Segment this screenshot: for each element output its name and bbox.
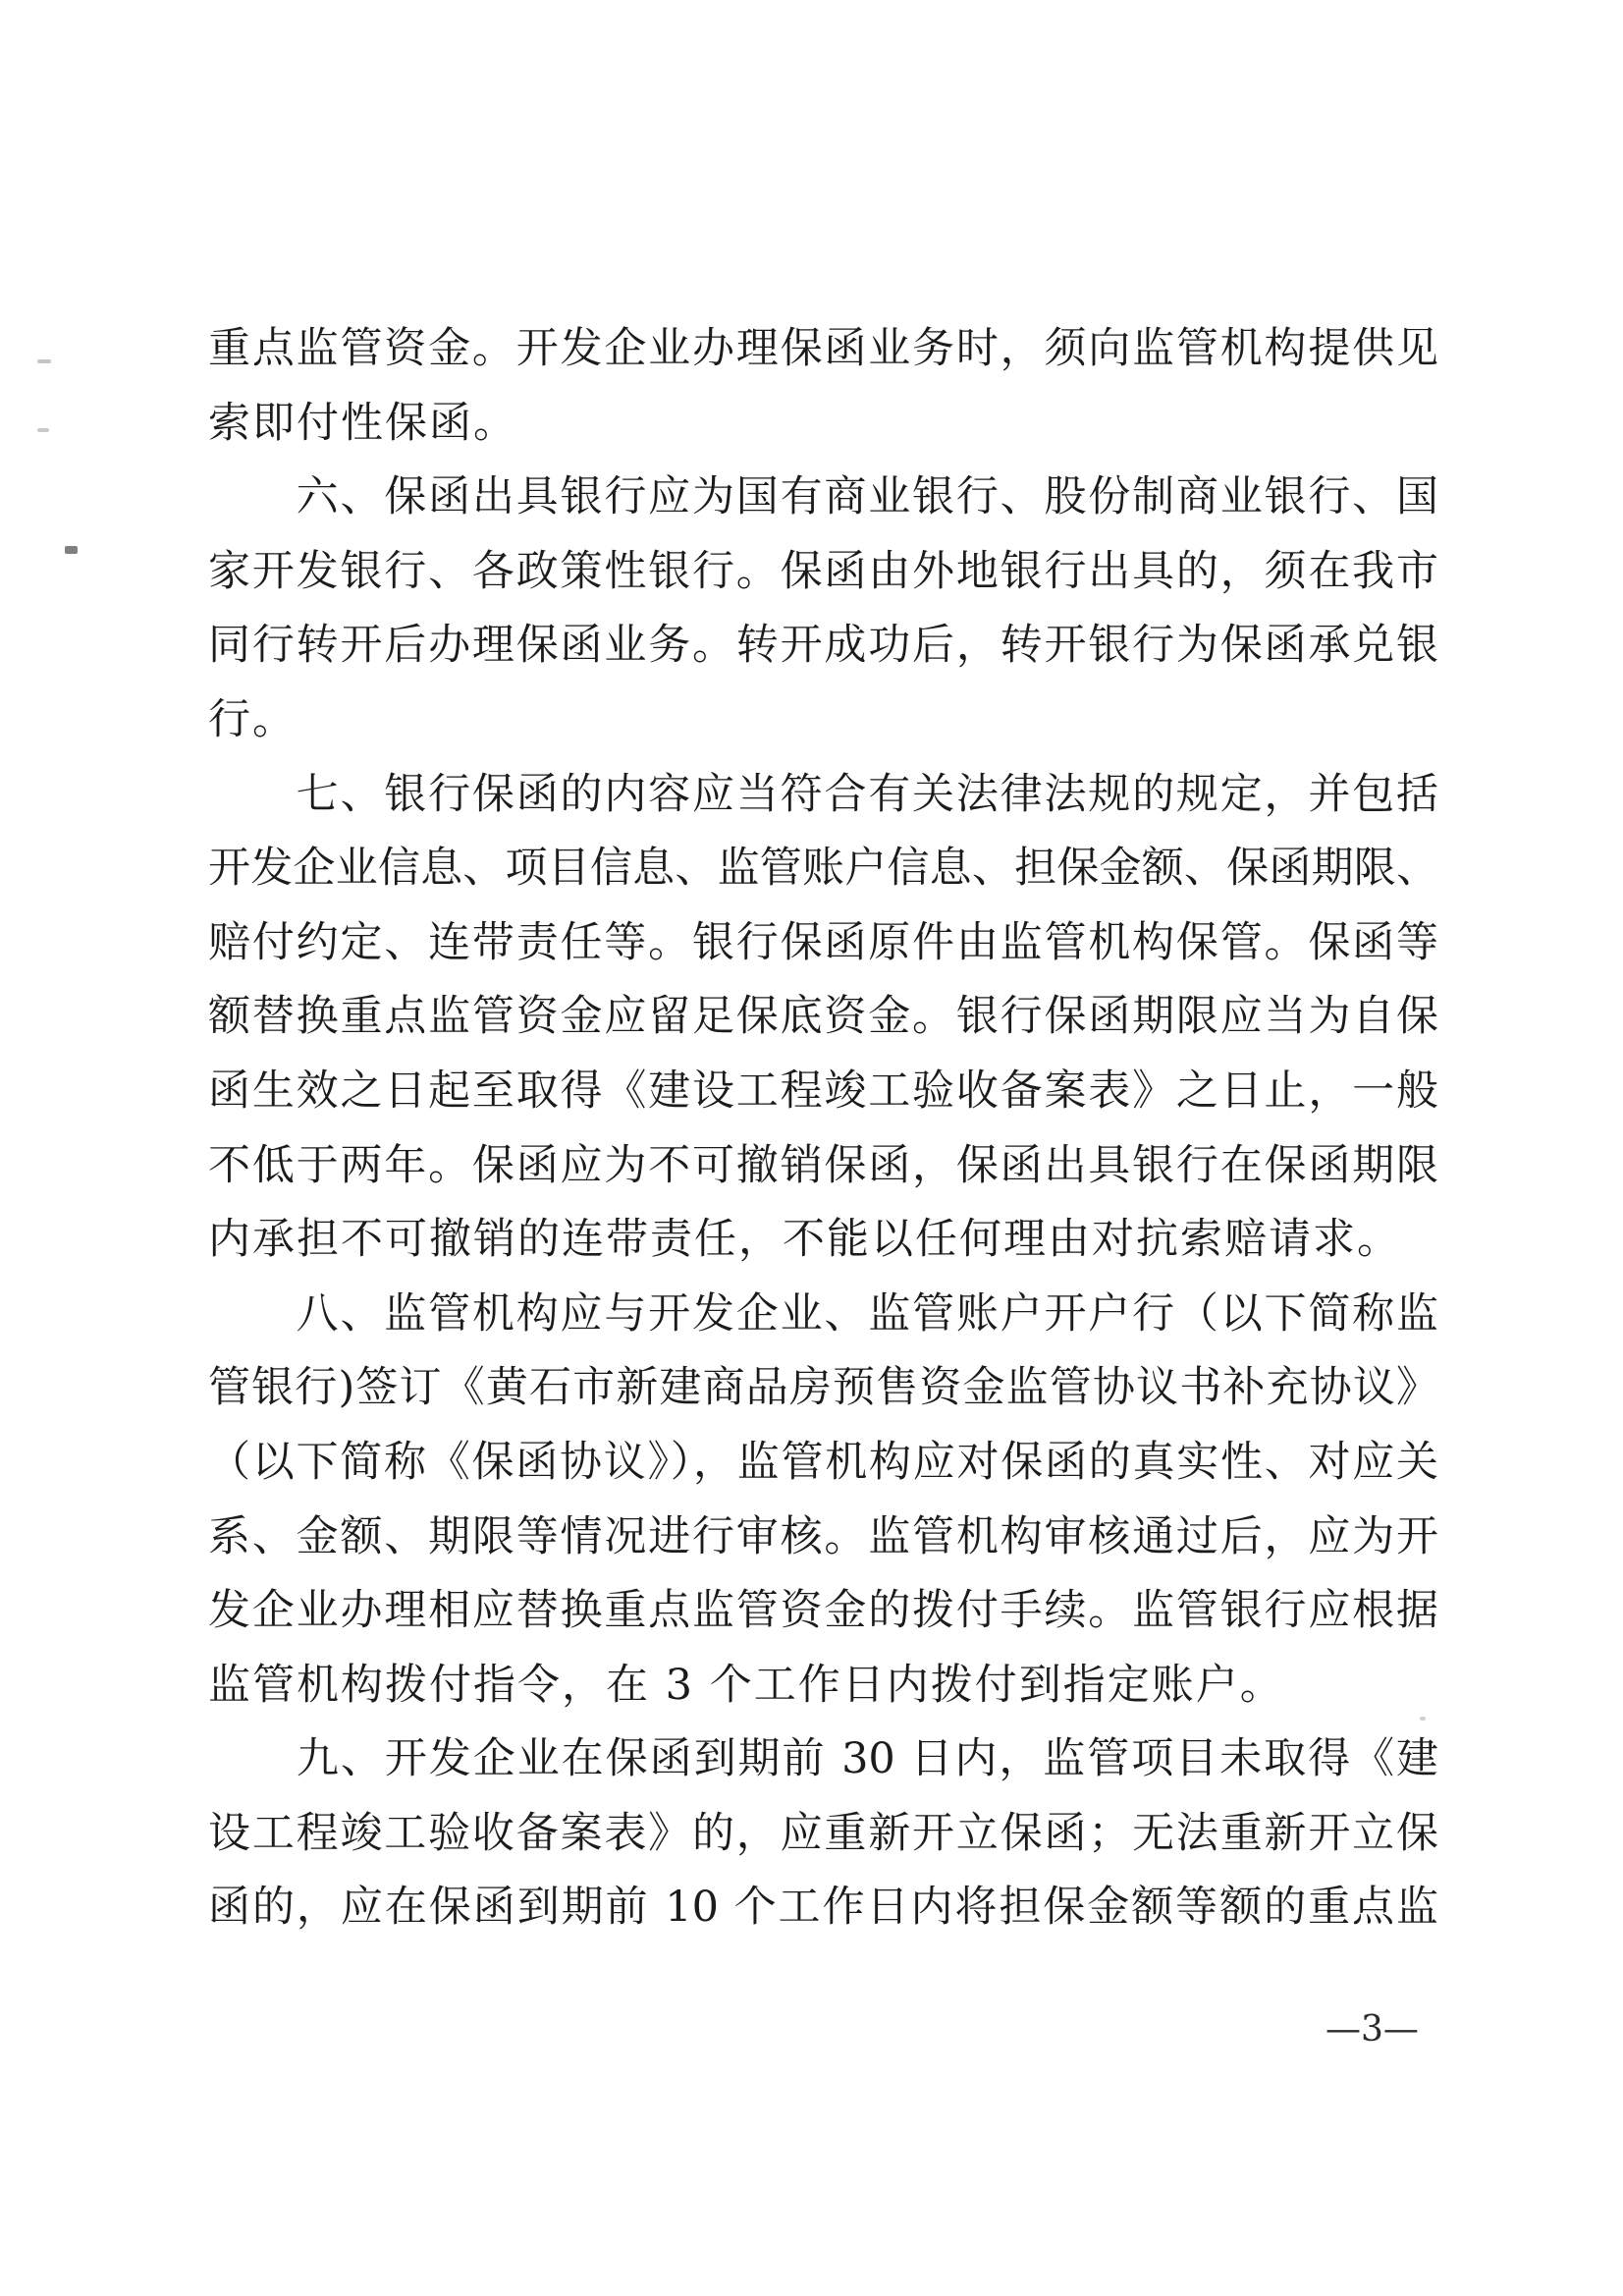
- text-line: 行。: [208, 683, 1438, 758]
- scan-artifact: [37, 428, 49, 432]
- text-line: 函生效之日起至取得《建设工程竣工验收备案表》之日止，一般: [208, 1055, 1438, 1129]
- text-line: 设工程竣工验收备案表》的，应重新开立保函；无法重新开立保: [208, 1797, 1438, 1872]
- text-line: 开发企业信息、项目信息、监管账户信息、担保金额、保函期限、: [208, 832, 1438, 906]
- text-line: 六、保函出具银行应为国有商业银行、股份制商业银行、国: [208, 461, 1438, 535]
- text-line: 赔付约定、连带责任等。银行保函原件由监管机构保管。保函等: [208, 906, 1438, 981]
- text-line: 九、开发企业在保函到期前 30 日内，监管项目未取得《建: [208, 1722, 1438, 1797]
- text-line: 内承担不可撤销的连带责任，不能以任何理由对抗索赔请求。: [208, 1203, 1438, 1278]
- scan-artifact: [37, 359, 51, 363]
- scan-artifact: [1420, 1717, 1426, 1721]
- document-text-block: 重点监管资金。开发企业办理保函业务时，须向监管机构提供见 索即付性保函。 六、保…: [208, 312, 1438, 1945]
- text-line: 家开发银行、各政策性银行。保函由外地银行出具的，须在我市: [208, 535, 1438, 610]
- text-line: 额替换重点监管资金应留足保底资金。银行保函期限应当为自保: [208, 980, 1438, 1055]
- text-line: 重点监管资金。开发企业办理保函业务时，须向监管机构提供见: [208, 312, 1438, 387]
- document-page: 重点监管资金。开发企业办理保函业务时，须向监管机构提供见 索即付性保函。 六、保…: [0, 0, 1623, 2296]
- text-line: 系、金额、期限等情况进行审核。监管机构审核通过后，应为开: [208, 1501, 1438, 1575]
- text-line: 发企业办理相应替换重点监管资金的拨付手续。监管银行应根据: [208, 1574, 1438, 1649]
- text-line: 同行转开后办理保函业务。转开成功后，转开银行为保函承兑银: [208, 609, 1438, 683]
- text-line: （以下简称《保函协议》），监管机构应对保函的真实性、对应关: [208, 1426, 1438, 1501]
- text-line: 索即付性保函。: [208, 387, 1438, 462]
- text-line: 七、银行保函的内容应当符合有关法律法规的规定，并包括: [208, 758, 1438, 833]
- text-line: 八、监管机构应与开发企业、监管账户开户行（以下简称监: [208, 1278, 1438, 1352]
- page-number: —3—: [1325, 2009, 1419, 2050]
- text-line: 监管机构拨付指令，在 3 个工作日内拨付到指定账户。: [208, 1649, 1438, 1723]
- text-line: 不低于两年。保函应为不可撤销保函，保函出具银行在保函期限: [208, 1129, 1438, 1204]
- text-line: 函的，应在保函到期前 10 个工作日内将担保金额等额的重点监: [208, 1871, 1438, 1945]
- text-line: 管银行)签订《黄石市新建商品房预售资金监管协议书补充协议》: [208, 1351, 1438, 1426]
- scan-artifact: [65, 546, 78, 554]
